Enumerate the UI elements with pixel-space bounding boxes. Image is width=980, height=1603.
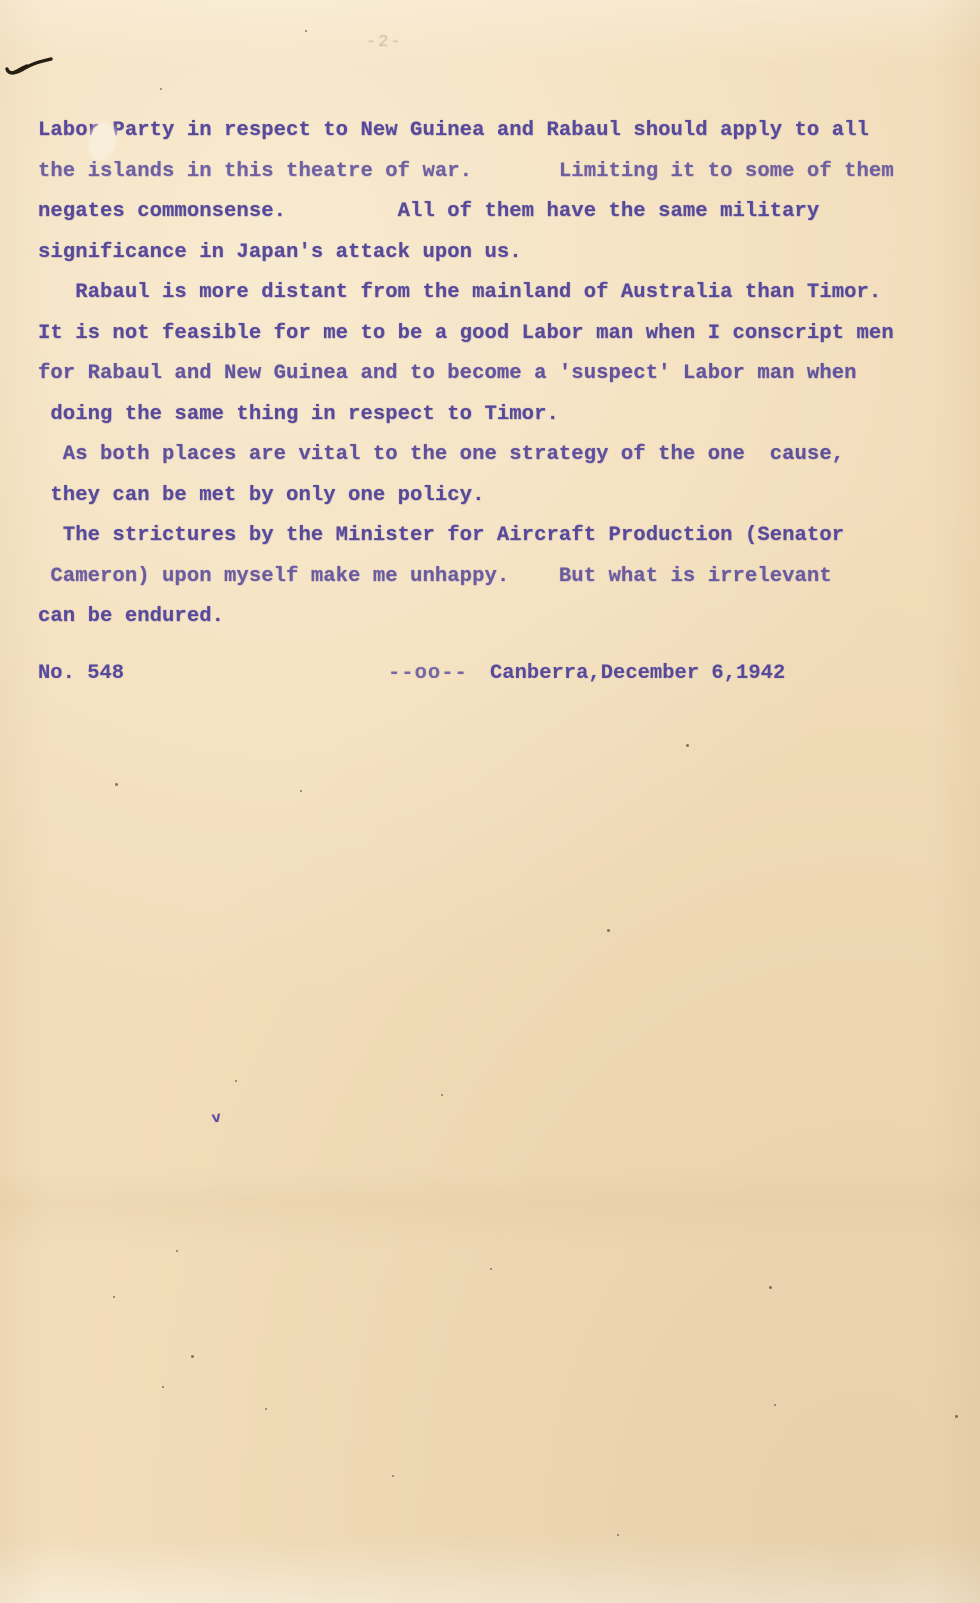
text-line: negates commonsense. All of them have th… [38,192,958,233]
text-line: Labor Party in respect to New Guinea and… [38,111,958,152]
page-number: -2- [366,33,403,52]
paper-speck [176,1250,178,1252]
paper-speck [191,1355,194,1358]
paper-speck [955,1415,958,1418]
text-line: can be endured. [38,597,958,638]
ink-check-mark: v [211,1109,222,1127]
typed-text-block: Labor Party in respect to New Guinea and… [38,111,958,638]
text-line: Cameron) upon myself make me unhappy. Bu… [38,557,958,598]
document-number: No. 548 [38,659,124,689]
paper-speck [774,1404,776,1406]
paper-speck [686,744,689,747]
text-line: for Rabaul and New Guinea and to become … [38,354,958,395]
paper-speck [113,1296,115,1298]
paper-speck [490,1268,492,1270]
text-line: significance in Japan's attack upon us. [38,233,958,274]
paper-speck [162,1386,164,1388]
paper-speck [392,1475,394,1477]
text-line: the islands in this theatre of war. Limi… [38,152,958,193]
footer-separator: --oo-- [388,659,468,689]
paper-speck [235,1080,237,1082]
footer-line: No. 548 --oo-- Canberra,December 6,1942 [0,659,980,693]
paper-speck [441,1094,443,1096]
paper-speck [769,1286,772,1289]
paper-speck [617,1534,619,1536]
paper-speck [115,783,118,786]
pen-mark [4,48,54,78]
text-line: they can be met by only one policy. [38,476,958,517]
paper-speck [265,1408,267,1410]
paper-speck [305,30,307,32]
text-line: It is not feasible for me to be a good L… [38,314,958,355]
text-line: doing the same thing in respect to Timor… [38,395,958,436]
document-page: -2- Labor Party in respect to New Guinea… [0,0,980,1603]
text-line: As both places are vital to the one stra… [38,435,958,476]
paper-speck [160,88,162,90]
paper-speck [607,929,610,932]
text-line: Rabaul is more distant from the mainland… [38,273,958,314]
paper-speck [300,790,302,792]
text-line: The strictures by the Minister for Aircr… [38,516,958,557]
dateline: Canberra,December 6,1942 [490,659,785,689]
